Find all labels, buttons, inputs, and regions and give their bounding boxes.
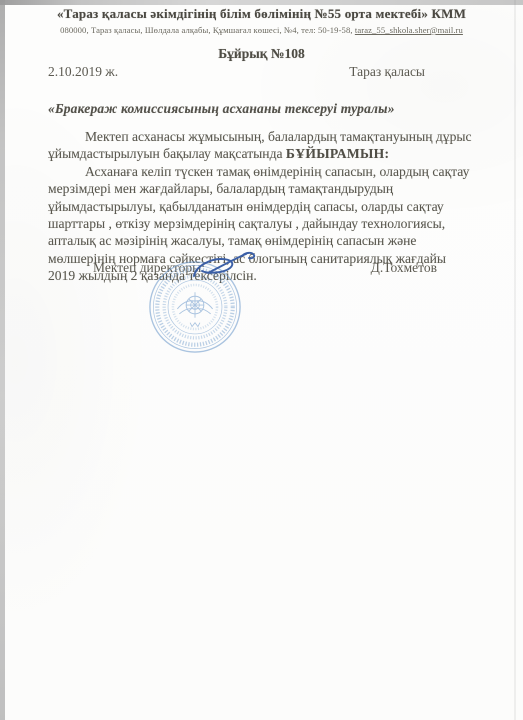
organization-name: «Тараз қаласы әкімдігінің білім бөліміні… [28,6,495,22]
signer-name: Д.Тохметов [371,260,437,276]
order-subject: «Бракераж комиссиясының асхананы тексеру… [48,101,475,117]
order-city: Тараз қаласы [349,64,425,80]
paragraph-purpose: Мектеп асханасы жұмысының, балалардың та… [48,128,475,163]
paragraph-purpose-text: Мектеп асханасы жұмысының, балалардың та… [48,129,472,161]
scan-edge-top [0,0,523,5]
scanned-document-page: «Тараз қаласы әкімдігінің білім бөліміні… [0,0,523,720]
scan-streak [514,0,516,720]
address-text: 080000, Тараз қаласы, Шөлдала алқабы, Құ… [60,25,355,35]
organization-email: taraz_55_shkola.sher@mail.ru [355,25,463,35]
order-date: 2.10.2019 ж. [48,64,118,80]
date-city-row: 2.10.2019 ж. Тараз қаласы [48,64,475,80]
signature-icon [188,250,262,286]
order-title: Бұйрық №108 [0,46,523,62]
directive-word: БҰЙЫРАМЫН: [286,146,389,161]
scan-edge-left [0,0,5,720]
letterhead: «Тараз қаласы әкімдігінің білім бөліміні… [28,6,495,35]
organization-address: 080000, Тараз қаласы, Шөлдала алқабы, Құ… [28,25,495,35]
